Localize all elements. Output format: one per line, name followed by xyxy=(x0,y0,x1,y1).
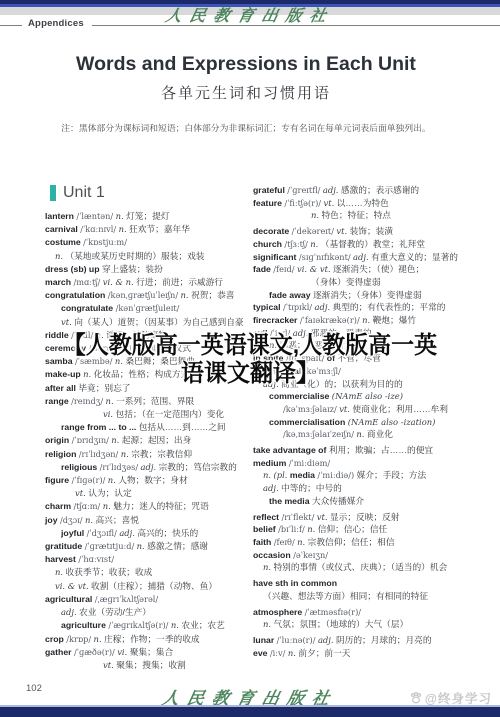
headword: figure xyxy=(45,475,69,485)
definition: 宗教信仰；信任；相信 xyxy=(308,537,395,547)
headword: eve xyxy=(253,648,268,658)
word-entry-line: congratulation /kənˌɡrætʃuˈleɪʃn/ n. 祝贺；… xyxy=(45,289,257,302)
definition: 商业化 xyxy=(367,429,393,439)
headword: commercialisation xyxy=(269,417,345,427)
headword: belief xyxy=(253,524,276,534)
definition: 大众传播媒介 xyxy=(312,496,364,506)
word-entry-line: religion /rɪˈlɪdʒən/ n. 宗教；宗教信仰 xyxy=(45,448,257,461)
word-entry-line: n. 特别的事情（或仪式、庆典）；（适当的）机会 xyxy=(253,561,475,574)
word-entry-line: costume /ˈkɒstjuːm/ xyxy=(45,236,257,249)
headword: costume xyxy=(45,237,81,247)
definition: 气氛；氛围；（地球的）大气（层） xyxy=(273,619,408,629)
pos-abbrev: adj. xyxy=(353,252,369,262)
definition: 灯笼；提灯 xyxy=(126,211,169,221)
ipa: /ˈlæntən/ xyxy=(76,211,113,221)
definition: （兴趣、想法等方面）相同；有相同的特征 xyxy=(263,591,428,601)
pos-abbrev: n. xyxy=(263,562,271,572)
headword: feature xyxy=(253,198,282,208)
definition: 典型的；有代表性的；平常的 xyxy=(333,302,446,312)
headword: faith xyxy=(253,537,271,547)
page-subtitle: 各单元生词和习惯用语 xyxy=(0,82,492,103)
headword: commercialise xyxy=(269,391,329,401)
word-entry-line: vt. 认为；认定 xyxy=(45,487,257,500)
definition: 农业（劳动/生产） xyxy=(79,607,151,617)
headword: church xyxy=(253,239,282,249)
ipa: /tʃɑːm/ xyxy=(74,501,101,511)
pos-abbrev: n. xyxy=(94,634,102,644)
ipa: /ˈkɒstjuːm/ xyxy=(83,237,127,247)
definition: 逐渐消失；（使）褪色； xyxy=(333,264,424,274)
definition: 特色；特征；特点 xyxy=(321,210,391,220)
headword: crop xyxy=(45,634,64,644)
ipa: /ˈtɪpɪkl/ xyxy=(283,302,312,312)
word-entry-line: crop /krɒp/ n. 庄稼；作物；一季的收成 xyxy=(45,633,257,646)
pos-abbrev: vt. xyxy=(75,488,86,498)
pos-abbrev: n. xyxy=(311,210,319,220)
pos-abbrev: vi. xyxy=(103,409,113,419)
headword: significant xyxy=(253,252,296,262)
word-entry-line: /kəˌmɜːʃəlaɪˈzeɪʃn/ n. 商业化 xyxy=(253,428,475,441)
definition: 高兴的；快乐的 xyxy=(137,528,198,538)
ipa: /feɪd/ xyxy=(273,264,294,274)
ipa: /mɑːtʃ/ xyxy=(74,277,101,287)
ipa: /ˈdʒɔɪfl/ xyxy=(87,528,117,538)
pos-abbrev: adj. xyxy=(323,185,339,195)
ipa: /ˈɡæðə(r)/ xyxy=(74,647,115,657)
pos-abbrev: n. xyxy=(55,251,63,261)
word-entry-line: n. 特色；特征；特点 xyxy=(253,209,475,222)
word-entry-line: range /reɪndʒ/ n. 一系列；范围、界限 xyxy=(45,395,257,408)
word-entry-line: religious /rɪˈlɪdʒəs/ adj. 宗教的；笃信宗教的 xyxy=(45,461,257,474)
ipa: /ˈætməsfɪə(r)/ xyxy=(305,607,361,617)
ipa: /tʃɜːtʃ/ xyxy=(284,239,307,249)
definition: 起源；起因；出身 xyxy=(122,435,192,445)
word-entry-line: adj. 农业（劳动/生产） xyxy=(45,606,257,619)
pos-abbrev: vt. xyxy=(323,198,334,208)
definition: 农业；农艺 xyxy=(181,620,224,630)
word-entry-line: gratitude /ˈɡrætɪtjuːd/ n. 感激之情；感谢 xyxy=(45,540,257,553)
ipa: /ˈmiːdiəm/ xyxy=(289,458,330,468)
word-entry-line: typical /ˈtɪpɪkl/ adj. 典型的；有代表性的；平常的 xyxy=(253,301,475,314)
word-entry-line: grateful /ˈɡreɪtfl/ adj. 感激的；表示感谢的 xyxy=(253,184,475,197)
ipa: /feɪθ/ xyxy=(274,537,295,547)
definition: 宗教的；笃信宗教的 xyxy=(159,462,237,472)
pos-abbrev: n. xyxy=(108,475,116,485)
definition: 特别的事情（或仪式、庆典）；（适当的）机会 xyxy=(273,562,447,572)
headword: reflect xyxy=(253,512,279,522)
pos-abbrev: adj. xyxy=(315,302,331,312)
word-entry-line: n. 收获季节；收获；收成 xyxy=(45,566,257,579)
word-entry-line: origin /ˈɒrɪdʒɪn/ n. 起源；起因；出身 xyxy=(45,434,257,447)
pos-abbrev: n. xyxy=(307,524,315,534)
headword: charm xyxy=(45,501,71,511)
word-entry-line: feature /ˈfiːtʃə(r)/ vt. 以……为特色 xyxy=(253,197,475,210)
pos-abbrev: vi. xyxy=(117,647,127,657)
ipa: /iːv/ xyxy=(270,648,286,658)
textbook-page: Appendices 人民教育出版社 Words and Expressions… xyxy=(0,0,500,717)
definition: （基督教的）教堂；礼拜堂 xyxy=(321,239,425,249)
word-entry-line: dress (sb) up 穿上盛装；装扮 xyxy=(45,263,257,276)
pos-abbrev: adj. xyxy=(61,607,77,617)
word-entry-line: n. （某地或某历史时期的）服装；戏装 xyxy=(45,250,257,263)
ipa: /ˈæɡrɪkʌltʃə(r)/ xyxy=(108,620,168,630)
word-entry-line: （身体）变得虚弱 xyxy=(253,276,475,289)
ipa: /ˈdekəreɪt/ xyxy=(292,226,334,236)
definition: 行进；前进；示威游行 xyxy=(136,277,223,287)
page-title: Words and Expressions in Each Unit xyxy=(0,53,492,76)
ipa: /kənˌɡrætʃuˈleɪʃn/ xyxy=(108,290,178,300)
pos-abbrev: adj. xyxy=(263,483,279,493)
definition: 认为；认定 xyxy=(88,488,131,498)
definition: 鞭炮；爆竹 xyxy=(373,315,416,325)
word-entry-line: agriculture /ˈæɡrɪkʌltʃə(r)/ n. 农业；农艺 xyxy=(45,619,257,632)
definition: （某地或某历史时期的）服装；戏装 xyxy=(65,251,204,261)
headword: origin xyxy=(45,435,69,445)
headword: agricultural xyxy=(45,594,92,604)
definition: 感激的；表示感谢的 xyxy=(341,185,419,195)
word-entry-line: eve /iːv/ n. 前夕；前一天 xyxy=(253,647,475,660)
pos-abbrev: vt. xyxy=(103,660,114,670)
definition: 宗教；宗教信仰 xyxy=(131,449,192,459)
usage-note: (NAmE also -ization) xyxy=(348,417,436,427)
headword: fade xyxy=(253,264,271,274)
word-entry-line: the media 大众传播媒介 xyxy=(253,495,475,508)
headword: have sth in common xyxy=(253,578,337,588)
ipa: /dʒɔɪ/ xyxy=(60,515,83,525)
pos-abbrev: n. xyxy=(55,567,63,577)
definition: 聚集；集合 xyxy=(130,647,173,657)
headword: harvest xyxy=(45,554,76,564)
pos-abbrev: adj. xyxy=(318,635,334,645)
word-entry-line: reflect /rɪˈflekt/ vt. 显示；反映；反射 xyxy=(253,511,475,524)
word-entry-line: joy /dʒɔɪ/ n. 高兴；喜悦 xyxy=(45,514,257,527)
definition: 聚集；搜集；收割 xyxy=(116,660,186,670)
unit-header: Unit 1 xyxy=(50,184,105,202)
bottom-navy-bar xyxy=(0,707,500,717)
headword: dress (sb) up xyxy=(45,264,100,274)
pos-abbrev: n. xyxy=(121,449,129,459)
ipa: /ˈkɑːnɪvl/ xyxy=(80,224,116,234)
headword: gather xyxy=(45,647,72,657)
word-entry-line: fade away 逐渐消失；（身体）变得虚弱 xyxy=(253,289,475,302)
word-entry-line: （兴趣、想法等方面）相同；有相同的特征 xyxy=(253,590,475,603)
definition: （身体）变得虚弱 xyxy=(311,277,381,287)
headword: take advantage of xyxy=(253,445,326,455)
ipa: /ˈluːnə(r)/ xyxy=(277,635,316,645)
word-entry-line: range from ... to ... 包括从……到……之间 xyxy=(45,421,257,434)
definition: 庄稼；作物；一季的收成 xyxy=(104,634,200,644)
word-entry-line: gather /ˈɡæðə(r)/ vi. 聚集；集合 xyxy=(45,646,257,659)
definition: 向（某人）道贺；（因某事）为自己感到自豪 xyxy=(74,317,243,327)
unit-accent-bar xyxy=(50,185,56,201)
pos-abbrev: n. xyxy=(119,224,127,234)
definition: 人物；数字；身材 xyxy=(118,475,188,485)
definition: 收获季节；收获；收成 xyxy=(65,567,152,577)
word-entry-line: vt. 向（某人）道贺；（因某事）为自己感到自豪 xyxy=(45,316,257,329)
ipa: /əˈkeɪʒn/ xyxy=(293,550,328,560)
headword: atmosphere xyxy=(253,607,302,617)
ipa: /ˈfiːtʃə(r)/ xyxy=(284,198,321,208)
headword: joyful xyxy=(61,528,84,538)
unit-label: Unit 1 xyxy=(63,184,105,202)
ipa: /sɪɡˈnɪfɪkənt/ xyxy=(299,252,351,262)
word-entry-line: lunar /ˈluːnə(r)/ adj. 阴历的；月球的；月亮的 xyxy=(253,634,475,647)
word-entry-line: belief /bɪˈliːf/ n. 信仰；信心；信任 xyxy=(253,523,475,536)
word-entry-line: take advantage of 利用；欺骗；占……的便宜 xyxy=(253,444,475,457)
pos-abbrev: n. xyxy=(288,648,296,658)
pos-abbrev: adj. xyxy=(119,528,135,538)
word-entry-line: vt. 聚集；搜集；收割 xyxy=(45,659,257,672)
headword: medium xyxy=(253,458,286,468)
pos-abbrev: vi. & n. xyxy=(103,277,134,287)
word-entry-line: carnival /ˈkɑːnɪvl/ n. 狂欢节；嘉年华 xyxy=(45,223,257,236)
word-entry-line: medium /ˈmiːdiəm/ xyxy=(253,457,475,470)
word-entry-line: n. (pl. media /ˈmiːdiə/) 媒介；手段；方法 xyxy=(253,469,475,482)
ipa: /ˈmiːdiə/) xyxy=(317,470,354,480)
word-entry-line: adj. 中等的；中号的 xyxy=(253,482,475,495)
pos-abbrev: n. xyxy=(106,396,114,406)
definition: 利用；欺骗；占……的便宜 xyxy=(329,445,433,455)
headword: carnival xyxy=(45,224,78,234)
pos-abbrev: n. xyxy=(356,429,364,439)
ipa: /ˈfɪɡə(r)/ xyxy=(72,475,106,485)
definition: 魅力；迷人的特征；咒语 xyxy=(113,501,209,511)
headword: decorate xyxy=(253,226,289,236)
watermark-line2: 语课文翻译】 xyxy=(0,359,500,387)
headword: firecracker xyxy=(253,315,297,325)
ipa: /bɪˈliːf/ xyxy=(278,524,305,534)
word-entry-line: decorate /ˈdekəreɪt/ vt. 装饰；装潢 xyxy=(253,225,475,238)
pos-abbrev: vt. xyxy=(61,317,72,327)
definition: 感激之情；感谢 xyxy=(147,541,208,551)
headword: range xyxy=(45,396,69,406)
ipa: /kəˈmɜːʃəlaɪz/ xyxy=(283,404,337,414)
headword: gratitude xyxy=(45,541,82,551)
watermark-line1: 【人教版高一英语课文,人教版高一英 xyxy=(0,331,500,359)
legend-note: 注：黑体部分为课标词和短语；白体部分为非课标词汇；专有名词在每单元词表后面单独列… xyxy=(0,121,492,134)
word-entry-line: faith /feɪθ/ n. 宗教信仰；信任；相信 xyxy=(253,536,475,549)
headword: range from ... to ... xyxy=(61,422,136,432)
headword: lunar xyxy=(253,635,274,645)
pos-abbrev: n. xyxy=(297,537,305,547)
word-entry-line: vi. & vt. 收割（庄稼）；捕猎（动物、鱼） xyxy=(45,580,257,593)
headword: grateful xyxy=(253,185,285,195)
word-entry-line: occasion /əˈkeɪʒn/ xyxy=(253,549,475,562)
word-entry-line: commercialisation (NAmE also -ization) xyxy=(253,416,475,429)
word-entry-line: firecracker /ˈfaɪəkrækə(r)/ n. 鞭炮；爆竹 xyxy=(253,314,475,327)
pos-abbrev: vi. & vt. xyxy=(297,264,331,274)
pos-abbrev: vi. & vt. xyxy=(55,581,89,591)
headword: congratulate xyxy=(61,303,113,313)
definition: 包括；（在一定范围内）变化 xyxy=(116,409,225,419)
definition: 使商业化；利用……牟利 xyxy=(352,404,448,414)
headword: religious xyxy=(61,462,97,472)
ipa: /rɪˈflekt/ xyxy=(282,512,315,522)
word-entry-line: figure /ˈfɪɡə(r)/ n. 人物；数字；身材 xyxy=(45,474,257,487)
definition: 中等的；中号的 xyxy=(281,483,342,493)
definition: 收割（庄稼）；捕猎（动物、鱼） xyxy=(91,581,217,591)
usage-note: (pl. xyxy=(273,470,287,480)
ipa: /ˈhɑːvɪst/ xyxy=(78,554,114,564)
pos-abbrev: n. xyxy=(116,211,124,221)
definition: 以……为特色 xyxy=(337,198,389,208)
word-entry-line: march /mɑːtʃ/ vi. & n. 行进；前进；示威游行 xyxy=(45,276,257,289)
usage-note: (NAmE also -ize) xyxy=(332,391,403,401)
ipa: /ˈɡreɪtfl/ xyxy=(287,185,320,195)
press-logo-calligraphy-top: 人民教育出版社 xyxy=(0,3,500,26)
definition: 狂欢节；嘉年华 xyxy=(129,224,190,234)
headword: occasion xyxy=(253,550,291,560)
definition: 装饰；装潢 xyxy=(350,226,393,236)
definition: 祝贺；恭喜 xyxy=(191,290,234,300)
pos-abbrev: n. xyxy=(362,315,370,325)
definition: 媒介；手段；方法 xyxy=(357,470,427,480)
word-entry-line: church /tʃɜːtʃ/ n. （基督教的）教堂；礼拜堂 xyxy=(253,238,475,251)
pos-abbrev: vt. xyxy=(336,226,347,236)
word-entry-line: joyful /ˈdʒɔɪfl/ adj. 高兴的；快乐的 xyxy=(45,527,257,540)
headword: religion xyxy=(45,449,76,459)
word-entry-line: harvest /ˈhɑːvɪst/ xyxy=(45,553,257,566)
word-entry-line: atmosphere /ˈætməsfɪə(r)/ xyxy=(253,606,475,619)
pos-abbrev: adj. xyxy=(141,462,157,472)
ipa: /kəˌmɜːʃəlaɪˈzeɪʃn/ xyxy=(283,429,354,439)
pos-abbrev: n. xyxy=(263,619,271,629)
ipa: /kənˈɡrætʃuleɪt/ xyxy=(116,303,180,313)
headword: fade away xyxy=(269,290,311,300)
headword: the media xyxy=(269,496,310,506)
word-entry-line: /kəˈmɜːʃəlaɪz/ vt. 使商业化；利用……牟利 xyxy=(253,403,475,416)
word-entry-line: congratulate /kənˈɡrætʃuleɪt/ xyxy=(45,302,257,315)
definition: 前夕；前一天 xyxy=(298,648,350,658)
word-entry-line: vi. 包括；（在一定范围内）变化 xyxy=(45,408,257,421)
pos-abbrev: n. xyxy=(171,620,179,630)
pos-abbrev: n. xyxy=(137,541,145,551)
word-entry-line: n. 气氛；氛围；（地球的）大气（层） xyxy=(253,618,475,631)
word-entry-line: fade /feɪd/ vi. & vt. 逐渐消失；（使）褪色； xyxy=(253,263,475,276)
pos-abbrev: vt. xyxy=(317,512,328,522)
pos-abbrev: n. xyxy=(111,435,119,445)
ipa: /rɪˈlɪdʒən/ xyxy=(79,449,119,459)
ipa: /reɪndʒ/ xyxy=(71,396,103,406)
headword: typical xyxy=(253,302,281,312)
ipa: /ˈɡrætɪtjuːd/ xyxy=(85,541,135,551)
pos-abbrev: n. xyxy=(310,239,318,249)
paw-print-icon xyxy=(409,691,423,705)
definition: 信仰；信心；信任 xyxy=(318,524,388,534)
definition: 包括从……到……之间 xyxy=(139,422,226,432)
word-entry-line: agricultural /ˌæɡrɪˈkʌltʃərəl/ xyxy=(45,593,257,606)
ipa: /ˌæɡrɪˈkʌltʃərəl/ xyxy=(95,594,158,604)
definition: 穿上盛装；装扮 xyxy=(102,264,163,274)
word-entry-line: have sth in common xyxy=(253,577,475,590)
pos-abbrev: n. xyxy=(181,290,189,300)
vocabulary-column-left: lantern /ˈlæntən/ n. 灯笼；提灯carnival /ˈkɑː… xyxy=(45,210,257,672)
word-entry-line: significant /sɪɡˈnɪfɪkənt/ adj. 有重大意义的；显… xyxy=(253,251,475,264)
vocabulary-column-right: grateful /ˈɡreɪtfl/ adj. 感激的；表示感谢的featur… xyxy=(253,184,475,659)
pos-abbrev: n. xyxy=(85,515,93,525)
ipa: /ˈɒrɪdʒɪn/ xyxy=(72,435,109,445)
definition: 高兴；喜悦 xyxy=(95,515,138,525)
definition: 阴历的；月球的；月亮的 xyxy=(336,635,432,645)
headword: lantern xyxy=(45,211,74,221)
headword: media xyxy=(290,470,315,480)
headword: march xyxy=(45,277,71,287)
word-entry-line: charm /tʃɑːm/ n. 魅力；迷人的特征；咒语 xyxy=(45,500,257,513)
definition: 显示；反映；反射 xyxy=(330,512,400,522)
headword: congratulation xyxy=(45,290,105,300)
pos-abbrev: vt. xyxy=(339,404,350,414)
pos-abbrev: n. xyxy=(263,470,271,480)
definition: 一系列；范围、界限 xyxy=(116,396,194,406)
word-entry-line: commercialise (NAmE also -ize) xyxy=(253,390,475,403)
pos-abbrev: n. xyxy=(103,501,111,511)
definition: 有重大意义的；显著的 xyxy=(371,252,458,262)
headword: joy xyxy=(45,515,58,525)
word-entry-line: lantern /ˈlæntən/ n. 灯笼；提灯 xyxy=(45,210,257,223)
headword: agriculture xyxy=(61,620,106,630)
definition: 逐渐消失；（身体）变得虚弱 xyxy=(313,290,422,300)
center-watermark: 【人教版高一英语课文,人教版高一英 语课文翻译】 xyxy=(0,331,500,387)
ipa: /ˈfaɪəkrækə(r)/ xyxy=(300,315,360,325)
ipa: /rɪˈlɪdʒəs/ xyxy=(100,462,138,472)
ipa: /krɒp/ xyxy=(66,634,91,644)
